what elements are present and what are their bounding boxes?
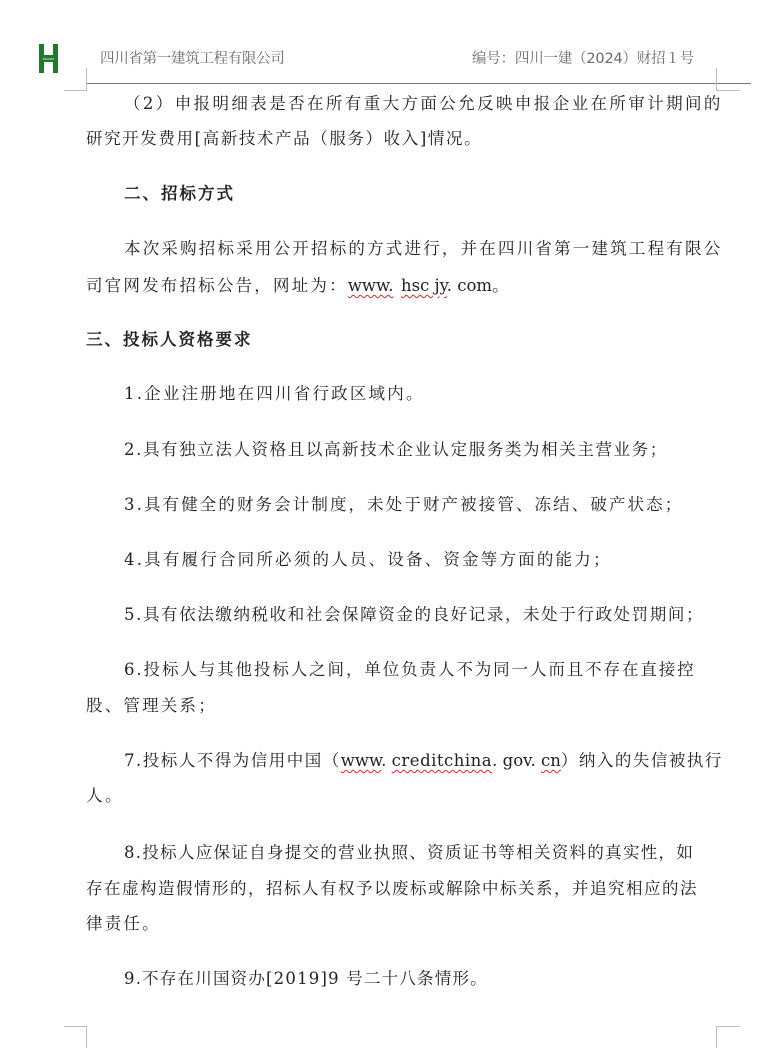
header-company-name: 四川省第一建筑工程有限公司 [100, 47, 285, 68]
section-2-line2-text: 司官网发布招标公告，网址为： [86, 276, 348, 295]
header-document-number: 编号：四川一建（2024）财招１号 [472, 47, 694, 68]
margin-mark-top-right-h [716, 90, 740, 91]
requirement-item-5: 5.具有依法缴纳税收和社会保障资金的良好记录，未处于行政处罚期间； [124, 607, 704, 624]
requirement-item-7-line2: 人。 [86, 788, 124, 805]
item-7-prefix: 7.投标人不得为信用中国（ [124, 751, 341, 770]
requirement-item-3: 3.具有健全的财务会计制度，未处于财产被接管、冻结、破产状态； [124, 497, 683, 514]
requirement-item-4: 4.具有履行合同所必须的人员、设备、资金等方面的能力； [124, 552, 612, 569]
svg-text:HUASHI: HUASHI [43, 57, 55, 61]
requirement-item-6-line2: 股、管理关系； [86, 698, 217, 715]
requirement-item-8-line3: 律责任。 [86, 916, 161, 933]
url-www-prefix[interactable]: www. [348, 276, 394, 295]
requirement-item-2: 2.具有独立法人资格且以高新技术企业认定服务类为相关主营业务； [124, 442, 668, 459]
url-www[interactable]: www [341, 751, 381, 770]
margin-mark-bottom-right-v [716, 1026, 717, 1048]
item-7-suffix: ）纳入的失信被执行 [561, 751, 723, 770]
margin-mark-top-left-h [64, 90, 87, 91]
url-dot: . [381, 751, 392, 770]
section-3-heading: 三、投标人资格要求 [86, 332, 253, 349]
margin-mark-bottom-left-v [86, 1026, 87, 1048]
url-hscjy[interactable]: hsc jy [401, 276, 447, 295]
header-divider [86, 83, 751, 84]
requirement-item-8-line2: 存在虚构造假情形的，招标人有权予以废标或解除中标关系，并追究相应的法 [86, 881, 698, 898]
section-2-heading: 二、招标方式 [124, 186, 235, 203]
section-2-line1: 本次采购招标采用公开招标的方式进行，并在四川省第一建筑工程有限公 [124, 241, 722, 258]
requirement-item-6-line1: 6.投标人与其他投标人之间，单位负责人不为同一人而且不存在直接控 [124, 662, 696, 679]
url-creditchina[interactable]: creditchina [392, 751, 492, 770]
url-com: . com。 [447, 276, 509, 295]
requirement-item-7-line1: 7.投标人不得为信用中国（www. creditchina. gov. cn）纳… [124, 753, 723, 770]
margin-mark-top-right-v [716, 68, 717, 90]
section-2-line2: 司官网发布招标公告，网址为：www. hsc jy. com。 [86, 278, 509, 295]
margin-mark-bottom-left-h [64, 1026, 87, 1027]
margin-mark-top-left-v [86, 68, 87, 90]
paragraph-2-line2: 研究开发费用[高新技术产品（服务）收入]情况。 [86, 131, 482, 148]
url-space [393, 276, 400, 295]
paragraph-2-line1: （2）申报明细表是否在所有重大方面公允反映申报企业在所审计期间的 [124, 96, 723, 113]
margin-mark-bottom-right-h [716, 1026, 740, 1027]
requirement-item-1: 1.企业注册地在四川省行政区域内。 [124, 386, 425, 403]
url-gov: . gov. [492, 751, 541, 770]
requirement-item-8-line1: 8.投标人应保证自身提交的营业执照、资质证书等相关资料的真实性，如 [124, 845, 694, 862]
url-cn[interactable]: cn [541, 751, 561, 770]
requirement-item-9: 9.不存在川国资办[2019]9 号二十八条情形。 [124, 971, 488, 988]
company-logo-icon: HUASHI [39, 44, 58, 73]
